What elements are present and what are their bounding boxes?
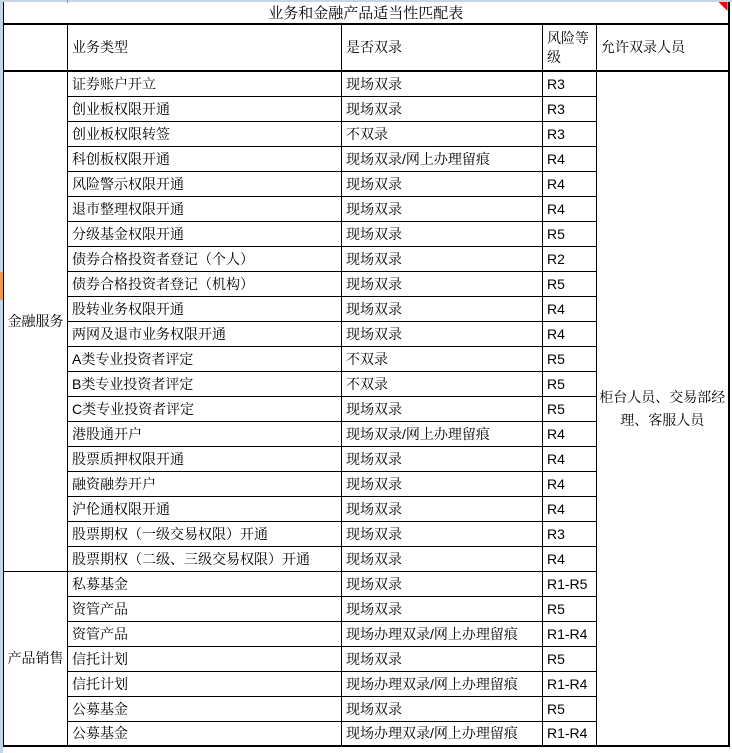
business-type-cell[interactable]: B类专业投资者评定 <box>68 371 342 396</box>
business-type-cell[interactable]: 股票期权（二级、三级交易权限）开通 <box>68 546 342 571</box>
category-cell-product-sales[interactable]: 产品销售 <box>4 571 68 746</box>
business-type-cell[interactable]: 分级基金权限开通 <box>68 221 342 246</box>
risk-level-cell[interactable]: R5 <box>543 646 597 671</box>
table-title: 业务和金融产品适当性匹配表 <box>268 5 463 22</box>
business-type-cell[interactable]: 沪伦通权限开通 <box>68 496 342 521</box>
risk-level-cell[interactable]: R1-R4 <box>543 721 597 746</box>
risk-level-cell[interactable]: R4 <box>543 296 597 321</box>
dual-recording-cell[interactable]: 现场双录 <box>342 571 543 596</box>
dual-recording-cell[interactable]: 现场双录 <box>342 521 543 546</box>
business-type-cell[interactable]: 债券合格投资者登记（个人） <box>68 246 342 271</box>
suitability-matching-table: 业务和金融产品适当性匹配表 业务类型 是否双录 风险等级 允许双录人员 金融服务… <box>3 2 730 747</box>
risk-level-cell[interactable]: R5 <box>543 696 597 721</box>
dual-recording-cell[interactable]: 现场双录 <box>342 446 543 471</box>
risk-level-cell[interactable]: R2 <box>543 246 597 271</box>
title-row: 业务和金融产品适当性匹配表 <box>4 2 729 24</box>
dual-recording-cell[interactable]: 现场双录 <box>342 696 543 721</box>
business-type-cell[interactable]: 证券账户开立 <box>68 71 342 96</box>
table-body: 金融服务证券账户开立现场双录R3柜台人员、交易部经理、客服人员创业板权限开通现场… <box>4 71 729 746</box>
business-type-cell[interactable]: 信托计划 <box>68 671 342 696</box>
dual-recording-cell[interactable]: 现场双录 <box>342 296 543 321</box>
dual-recording-cell[interactable]: 现场双录/网上办理留痕 <box>342 146 543 171</box>
header-business-type[interactable]: 业务类型 <box>68 24 342 71</box>
business-type-cell[interactable]: 创业板权限转签 <box>68 121 342 146</box>
dual-recording-cell[interactable]: 现场双录 <box>342 246 543 271</box>
dual-recording-cell[interactable]: 不双录 <box>342 346 543 371</box>
risk-level-cell[interactable]: R5 <box>543 596 597 621</box>
dual-recording-cell[interactable]: 现场双录 <box>342 321 543 346</box>
dual-recording-cell[interactable]: 现场双录 <box>342 96 543 121</box>
business-type-cell[interactable]: 公募基金 <box>68 721 342 746</box>
dual-recording-cell[interactable]: 现场办理双录/网上办理留痕 <box>342 621 543 646</box>
risk-level-cell[interactable]: R4 <box>543 146 597 171</box>
dual-recording-cell[interactable]: 现场办理双录/网上办理留痕 <box>342 721 543 746</box>
dual-recording-cell[interactable]: 不双录 <box>342 121 543 146</box>
business-type-cell[interactable]: 资管产品 <box>68 621 342 646</box>
risk-level-cell[interactable]: R1-R4 <box>543 621 597 646</box>
dual-recording-cell[interactable]: 现场双录 <box>342 171 543 196</box>
business-type-cell[interactable]: 股票期权（一级交易权限）开通 <box>68 521 342 546</box>
dual-recording-cell[interactable]: 现场双录 <box>342 646 543 671</box>
risk-level-cell[interactable]: R4 <box>543 171 597 196</box>
dual-recording-cell[interactable]: 现场办理双录/网上办理留痕 <box>342 671 543 696</box>
risk-level-cell[interactable]: R3 <box>543 521 597 546</box>
risk-level-cell[interactable]: R3 <box>543 71 597 96</box>
risk-level-cell[interactable]: R4 <box>543 446 597 471</box>
business-type-cell[interactable]: 债券合格投资者登记（机构） <box>68 271 342 296</box>
dual-recording-cell[interactable]: 现场双录 <box>342 546 543 571</box>
risk-level-cell[interactable]: R4 <box>543 321 597 346</box>
business-type-cell[interactable]: 风险警示权限开通 <box>68 171 342 196</box>
risk-level-cell[interactable]: R1-R4 <box>543 671 597 696</box>
header-dual-recording[interactable]: 是否双录 <box>342 24 543 71</box>
business-type-cell[interactable]: 两网及退市业务权限开通 <box>68 321 342 346</box>
business-type-cell[interactable]: 公募基金 <box>68 696 342 721</box>
risk-level-cell[interactable]: R5 <box>543 221 597 246</box>
business-type-cell[interactable]: 股转业务权限开通 <box>68 296 342 321</box>
risk-level-cell[interactable]: R3 <box>543 121 597 146</box>
business-type-cell[interactable]: 资管产品 <box>68 596 342 621</box>
risk-level-cell[interactable]: R5 <box>543 271 597 296</box>
header-row: 业务类型 是否双录 风险等级 允许双录人员 <box>4 24 729 71</box>
allowed-staff-cell[interactable]: 柜台人员、交易部经理、客服人员 <box>597 71 729 746</box>
category-cell-financial-services[interactable]: 金融服务 <box>4 71 68 571</box>
table-title-cell[interactable]: 业务和金融产品适当性匹配表 <box>4 2 729 24</box>
header-allowed-staff[interactable]: 允许双录人员 <box>597 24 729 71</box>
business-type-cell[interactable]: 港股通开户 <box>68 421 342 446</box>
risk-level-cell[interactable]: R3 <box>543 96 597 121</box>
table-row: 金融服务证券账户开立现场双录R3柜台人员、交易部经理、客服人员 <box>4 71 729 96</box>
business-type-cell[interactable]: C类专业投资者评定 <box>68 396 342 421</box>
dual-recording-cell[interactable]: 现场双录 <box>342 221 543 246</box>
dual-recording-cell[interactable]: 现场双录 <box>342 271 543 296</box>
header-category[interactable] <box>4 24 68 71</box>
business-type-cell[interactable]: 退市整理权限开通 <box>68 196 342 221</box>
spreadsheet-view: 业务和金融产品适当性匹配表 业务类型 是否双录 风险等级 允许双录人员 金融服务… <box>0 0 732 753</box>
risk-level-cell[interactable]: R4 <box>543 421 597 446</box>
dual-recording-cell[interactable]: 不双录 <box>342 371 543 396</box>
risk-level-cell[interactable]: R4 <box>543 196 597 221</box>
risk-level-cell[interactable]: R4 <box>543 546 597 571</box>
risk-level-cell[interactable]: R5 <box>543 371 597 396</box>
business-type-cell[interactable]: A类专业投资者评定 <box>68 346 342 371</box>
business-type-cell[interactable]: 创业板权限开通 <box>68 96 342 121</box>
dual-recording-cell[interactable]: 现场双录 <box>342 396 543 421</box>
business-type-cell[interactable]: 融资融券开户 <box>68 471 342 496</box>
dual-recording-cell[interactable]: 现场双录/网上办理留痕 <box>342 421 543 446</box>
risk-level-cell[interactable]: R5 <box>543 396 597 421</box>
risk-level-cell[interactable]: R1-R5 <box>543 571 597 596</box>
business-type-cell[interactable]: 私募基金 <box>68 571 342 596</box>
dual-recording-cell[interactable]: 现场双录 <box>342 596 543 621</box>
risk-level-cell[interactable]: R4 <box>543 471 597 496</box>
comment-indicator-icon <box>719 2 728 11</box>
business-type-cell[interactable]: 股票质押权限开通 <box>68 446 342 471</box>
business-type-cell[interactable]: 科创板权限开通 <box>68 146 342 171</box>
risk-level-cell[interactable]: R5 <box>543 346 597 371</box>
dual-recording-cell[interactable]: 现场双录 <box>342 471 543 496</box>
dual-recording-cell[interactable]: 现场双录 <box>342 71 543 96</box>
risk-level-cell[interactable]: R4 <box>543 496 597 521</box>
dual-recording-cell[interactable]: 现场双录 <box>342 496 543 521</box>
dual-recording-cell[interactable]: 现场双录 <box>342 196 543 221</box>
header-risk-level[interactable]: 风险等级 <box>543 24 597 71</box>
business-type-cell[interactable]: 信托计划 <box>68 646 342 671</box>
